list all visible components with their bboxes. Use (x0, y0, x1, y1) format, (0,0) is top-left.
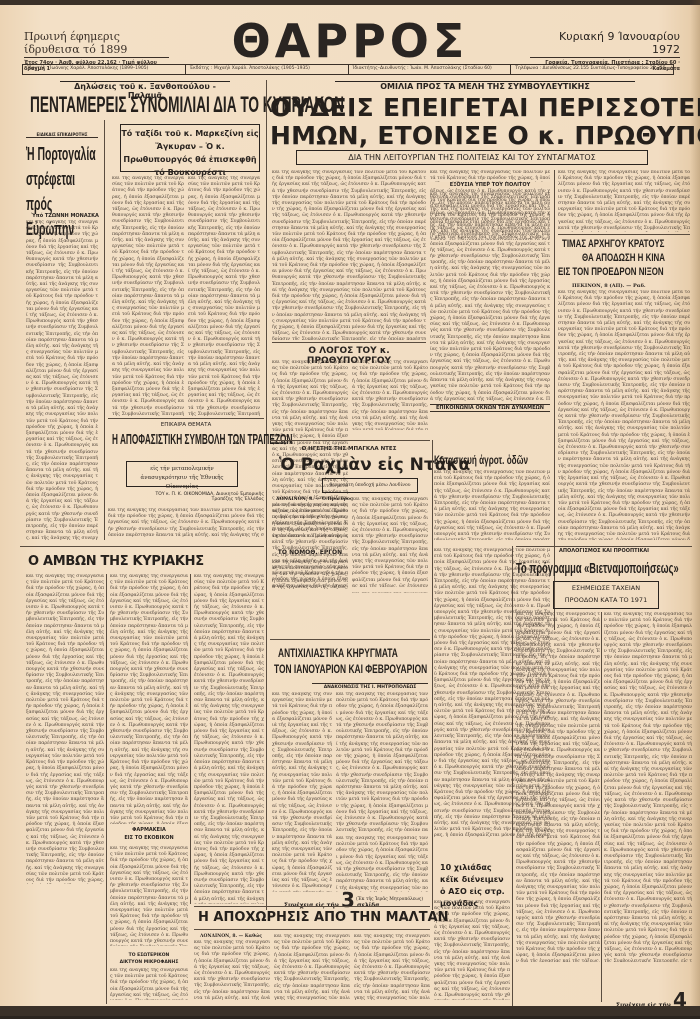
anti-col3: καί τῆς ἀνάγκης τῆς συνεργασίας τῶν πολι… (336, 836, 428, 892)
roads-headline: Κατασκευή ἀγροτ. ὁδῶν (434, 453, 528, 467)
anti-col1: καί τῆς ἀνάγκης τῆς συνεργασίας τῶν πολι… (272, 692, 332, 892)
newspaper-page: Πρωινή έφημερις ίδρυθεισα τό 1899 Έτος 7… (0, 0, 700, 1016)
main-body-col1: καί τῆς ἀνάγκης τῆς συνεργασίας τῶν πολι… (272, 170, 426, 340)
portugal-byline: Ὑπό ΤΖΩΝΝΗ ΜΟΝΑΣΚΑ (30, 213, 100, 219)
malta-col2: καί τῆς ἀνάγκης τῆς συνεργασίας τῶν πολι… (274, 934, 350, 1000)
rule (108, 418, 264, 419)
malta-col1: καί τῆς ἀνάγκης τῆς συνεργασίας τῶν πολι… (194, 940, 270, 1000)
rahman-col2: καί τῆς ἀνάγκης τῆς συνεργασίας τῶν πολι… (352, 497, 428, 587)
main-inner-head: ΕΞΟΥΣΙΑ ΥΠΕΡ ΤΟΥ ΠΟΛΙΤΟΥ (430, 182, 550, 188)
portugal-kicker: ΕΙΔΙΚΑΙΣ ΕΠΙΚΑΙΡΟΤΗΣ (26, 132, 98, 138)
continued-page-3[interactable]: Συνέχεια εἰς τήν 3 σελίδα (284, 888, 379, 912)
china-dateline: ΠΕΚΙΝΟΝ, 8 (ΑΠ). — Ραδ. (572, 283, 646, 289)
main-inner-head-2: ΕΠΙΚΟΙΝΩΝΙΑ ΟΚΝΩΝ ΤΩΝ ΔΥΝΑΜΕΩΝ (430, 404, 550, 412)
rule (516, 546, 692, 547)
malta-col3: καί τῆς ἀνάγκης τῆς συνεργασίας τῶν πολι… (354, 934, 430, 1000)
ambon-col1: καί τῆς ἀνάγκης τῆς συνεργασίας τῶν πολι… (26, 574, 104, 884)
info-phones: Τηλέφωνα : Διευθύνσεως 22.155 Συντάξεως-… (511, 65, 673, 74)
column-divider (266, 80, 267, 910)
column-divider (106, 574, 107, 1004)
info-founder: Ίδρυτής : Ίωάννης Χαράλ. Άποστολάκης (18… (23, 65, 186, 74)
main-subhead: ΔΙΑ ΤΗΝ ΛΕΙΤΟΥΡΓΙΑΝ ΤΗΣ ΠΟΛΙΤΕΙΑΣ ΚΑΙ ΤΟ… (296, 150, 648, 165)
vietnam-col2: καί τῆς ἀνάγκης τῆς συνεργασίας τῶν πολι… (604, 612, 692, 962)
rule (194, 906, 430, 907)
china-headline-3: ΕΙΣ ΤΟΝ ΠΡΟΕΔΡΟΝ ΝΙΞΟΝ (558, 266, 664, 278)
portugal-body: καί τῆς ἀνάγκης τῆς συνεργασίας τῶν πολι… (26, 220, 98, 540)
rule (194, 929, 430, 930)
column-divider (190, 574, 191, 904)
vietnam-headline: Τό πρόγραμμα «Βιετναμοποιήσεως» (516, 560, 679, 577)
pharmacies-body: καί τῆς ἀνάγκης τῆς συνεργασίας τῶν πολι… (110, 846, 188, 946)
ambon-headline: Ο ΑΜΒΩΝ ΤΗΣ ΚΥΡΙΑΚΗΣ (28, 554, 204, 569)
anti-kicker: ΑΝΑΚΟΙΝΩΣΙΣ ΤΗΣ Ι. ΜΗΤΡΟΠΟΛΕΩΣ (312, 683, 428, 690)
library-headline-2: ΔΙΚΤΥΟΝ ΜΙΚΡΟΦΑΝΗΣ (110, 959, 188, 966)
spacer: καί τῆς ἀνάγκης τῆς συνεργασίας τῶν πολι… (352, 592, 428, 593)
nomos-headline: ΤΟ ΝΟΜΟΘ. ΕΡΓΟΝ (272, 549, 348, 556)
banks-headline: Η ΑΠΟΦΑΣΙΣΤΙΚΗ ΣΥΜΒΟΛΗ ΤΩΝ ΤΡΑΠΕΖΩΝ (112, 431, 292, 448)
banks-body: καί τῆς ἀνάγκης τῆς συνεργασίας τῶν πολι… (108, 508, 264, 538)
scan-bottom-edge (0, 1006, 700, 1016)
pharmacies-headline: ΦΑΡΜΑΚΕΙΑ ΕΙΣ ΤΟ ΕΚΟΒΙΚΟΝ (110, 826, 188, 842)
library-body: καί τῆς ἀνάγκης τῆς συνεργασίας τῶν πολι… (110, 968, 188, 1000)
info-bar: Ίδρυτής : Ίωάννης Χαράλ. Άποστολάκης (18… (22, 64, 674, 75)
china-headline-1: ΤΙΜΑΣ ΑΡΧΗΓΟΥ ΚΡΑΤΟΥΣ (562, 238, 664, 250)
rule (270, 639, 430, 640)
cyprus-box: Τό ταξίδι τοῦ κ. Μαρκεζίνη εἰς Ἄγκυραν –… (120, 124, 260, 172)
vietnam-col1: καί τῆς ἀνάγκης τῆς συνεργασίας τῶν πολι… (516, 612, 600, 962)
issue-date: Κυριακή 9 Ίανουαρίου 1972 (530, 30, 680, 58)
column-divider (104, 120, 105, 540)
anti-headline-2: ΤΟΝ ΙΑΝΟΥΑΡΙΟΝ ΚΑΙ ΦΕΒΡΟΥΑΡΙΟΝ (274, 662, 427, 676)
cyprus-body-col1: καί τῆς ἀνάγκης τῆς συνεργασίας τῶν πολι… (112, 176, 184, 416)
main-headline-line2: ΗΜΩΝ, ΕΤΟΝΙΣΕ Ο κ. ΠΡΩΘΥΠΟΥΡΓΟΣ (270, 121, 700, 150)
pharmacies-headline-1: ΦΑΡΜΑΚΕΙΑ (110, 826, 188, 834)
library-headline-1: ΤΟ ΕΣΩΤΕΡΙΚΟΝ (110, 952, 188, 959)
column-divider (432, 440, 433, 910)
banks-box: εἰς τήν μεταπολεμικήν ἀνασυγκρότησιν τῆς… (126, 461, 238, 487)
banks-byline: ΤΟΥ κ. Π. Κ. ΟΙΚΟΝΟΜΙΔΑ, Διοικητοῦ Ἐμπορ… (150, 492, 264, 502)
info-director: Ίδιοκτήτης–Διευθυντής : Ίωάν. Μ. Άποστολ… (349, 65, 512, 74)
rule (270, 440, 430, 441)
pm-speech-col2: καί τῆς ἀνάγκης τῆς συνεργασίας τῶν πολι… (352, 360, 428, 430)
vietnam-kicker: ΑΠΟΛΟΓΙΣΜΟΣ ΚΑΙ ΠΡΟΟΠΤΙΚΑΙ (516, 548, 692, 554)
malta-dateline: ΛΟΝΔΙΝΟΝ, 8. — Καθώς (200, 934, 262, 939)
roads-body: καί τῆς ἀνάγκης τῆς συνεργασίας τῶν πολι… (434, 470, 550, 540)
rahman-box: θερμοτάτη ὑποδοχή μέσω Λονδίνου (322, 478, 418, 493)
main-headline-line1: ΟΥΔΕΙΣ ΕΠΕΙΓΕΤΑΙ ΠΕΡΙΣΣΟΤΕΡΟΝ (270, 93, 700, 122)
rahman-dateline: ΛΟΝΔΙΝΟΝ, 8. — Ὁ Πρόεδρος (276, 497, 353, 502)
china-headline-2: ΘΑ ΑΠΟΔΩΣΗ Η ΚΙΝΑ (582, 252, 665, 264)
anti-col2: καί τῆς ἀνάγκης τῆς συνεργασίας τῶν πολι… (336, 692, 428, 832)
ambon-col3: καί τῆς ἀνάγκης τῆς συνεργασίας τῶν πολι… (194, 574, 264, 904)
rahman-kicker: Ο ΗΓΕΤΗΣ ΤΗΣ ΜΠΑΓΚΛΑ ΝΤΕΣ (272, 446, 426, 452)
china-body: καί τῆς ἀνάγκης τῆς συνεργασίας τῶν πολι… (558, 290, 690, 540)
vietnam-box: ΕΣΗΜΕΙΩΣΕ ΤΑΧΕΙΑΝ ΠΡΟΟΔΟΝ ΚΑΤΑ ΤΟ 1971 (553, 581, 659, 609)
anti-headline-1: ΑΝΤΙΧΙΛΙΑΣΤΙΚΑ ΚΗΡΥΓΜΑΤΑ (278, 646, 398, 660)
column-divider (601, 612, 602, 1002)
rule (20, 546, 264, 547)
column-divider (512, 546, 513, 1006)
rule (558, 234, 690, 235)
main-body-col3: καί τῆς ἀνάγκης τῆς συνεργασίας τῶν πολι… (430, 192, 550, 402)
rule (272, 342, 426, 343)
pharmacies-headline-2: ΕΙΣ ΤΟ ΕΚΟΒΙΚΟΝ (110, 834, 188, 842)
scan-edge (0, 0, 700, 5)
info-publisher: Έκδότης : Μιχαήλ Χαράλ. Άποστολάκης (190… (186, 65, 349, 74)
nomos-body: καί τῆς ἀνάγκης τῆς συνεργασίας τῶν πολι… (272, 560, 348, 590)
ambon-col2: καί τῆς ἀνάγκης τῆς συνεργασίας τῶν πολι… (110, 574, 188, 824)
china-preceding-text: καί τῆς ἀνάγκης τῆς συνεργασίας τῶν πολι… (558, 170, 690, 232)
continued-page-number: 3 (341, 888, 355, 912)
malta-headline: Η ΑΠΟΧΩΡΗΣΙΣ ΑΠΟ ΤΗΝ ΜΑΛΤΑΝ (198, 910, 449, 925)
cyprus-body-col2: καί τῆς ἀνάγκης τῆς συνεργασίας τῶν πολι… (188, 176, 260, 416)
main-kicker: ΟΜΙΛΙΑ ΠΡΟΣ ΤΑ ΜΕΛΗ ΤΗΣ ΣΥΜΒΟΥΛΕΥΤΙΚΗΣ (335, 81, 635, 91)
library-headline: ΤΟ ΕΣΩΤΕΡΙΚΟΝ ΔΙΚΤΥΟΝ ΜΙΚΡΟΦΑΝΗΣ (110, 952, 188, 966)
vietnam-box-line2: ΠΡΟΟΔΟΝ ΚΑΤΑ ΤΟ 1971 (554, 594, 658, 606)
banks-kicker: ΕΠΙΚΑΙΡΑ ΘΕΜΑΤΑ (108, 422, 264, 428)
vietnam-box-line1: ΕΣΗΜΕΙΩΣΕ ΤΑΧΕΙΑΝ (554, 582, 658, 594)
